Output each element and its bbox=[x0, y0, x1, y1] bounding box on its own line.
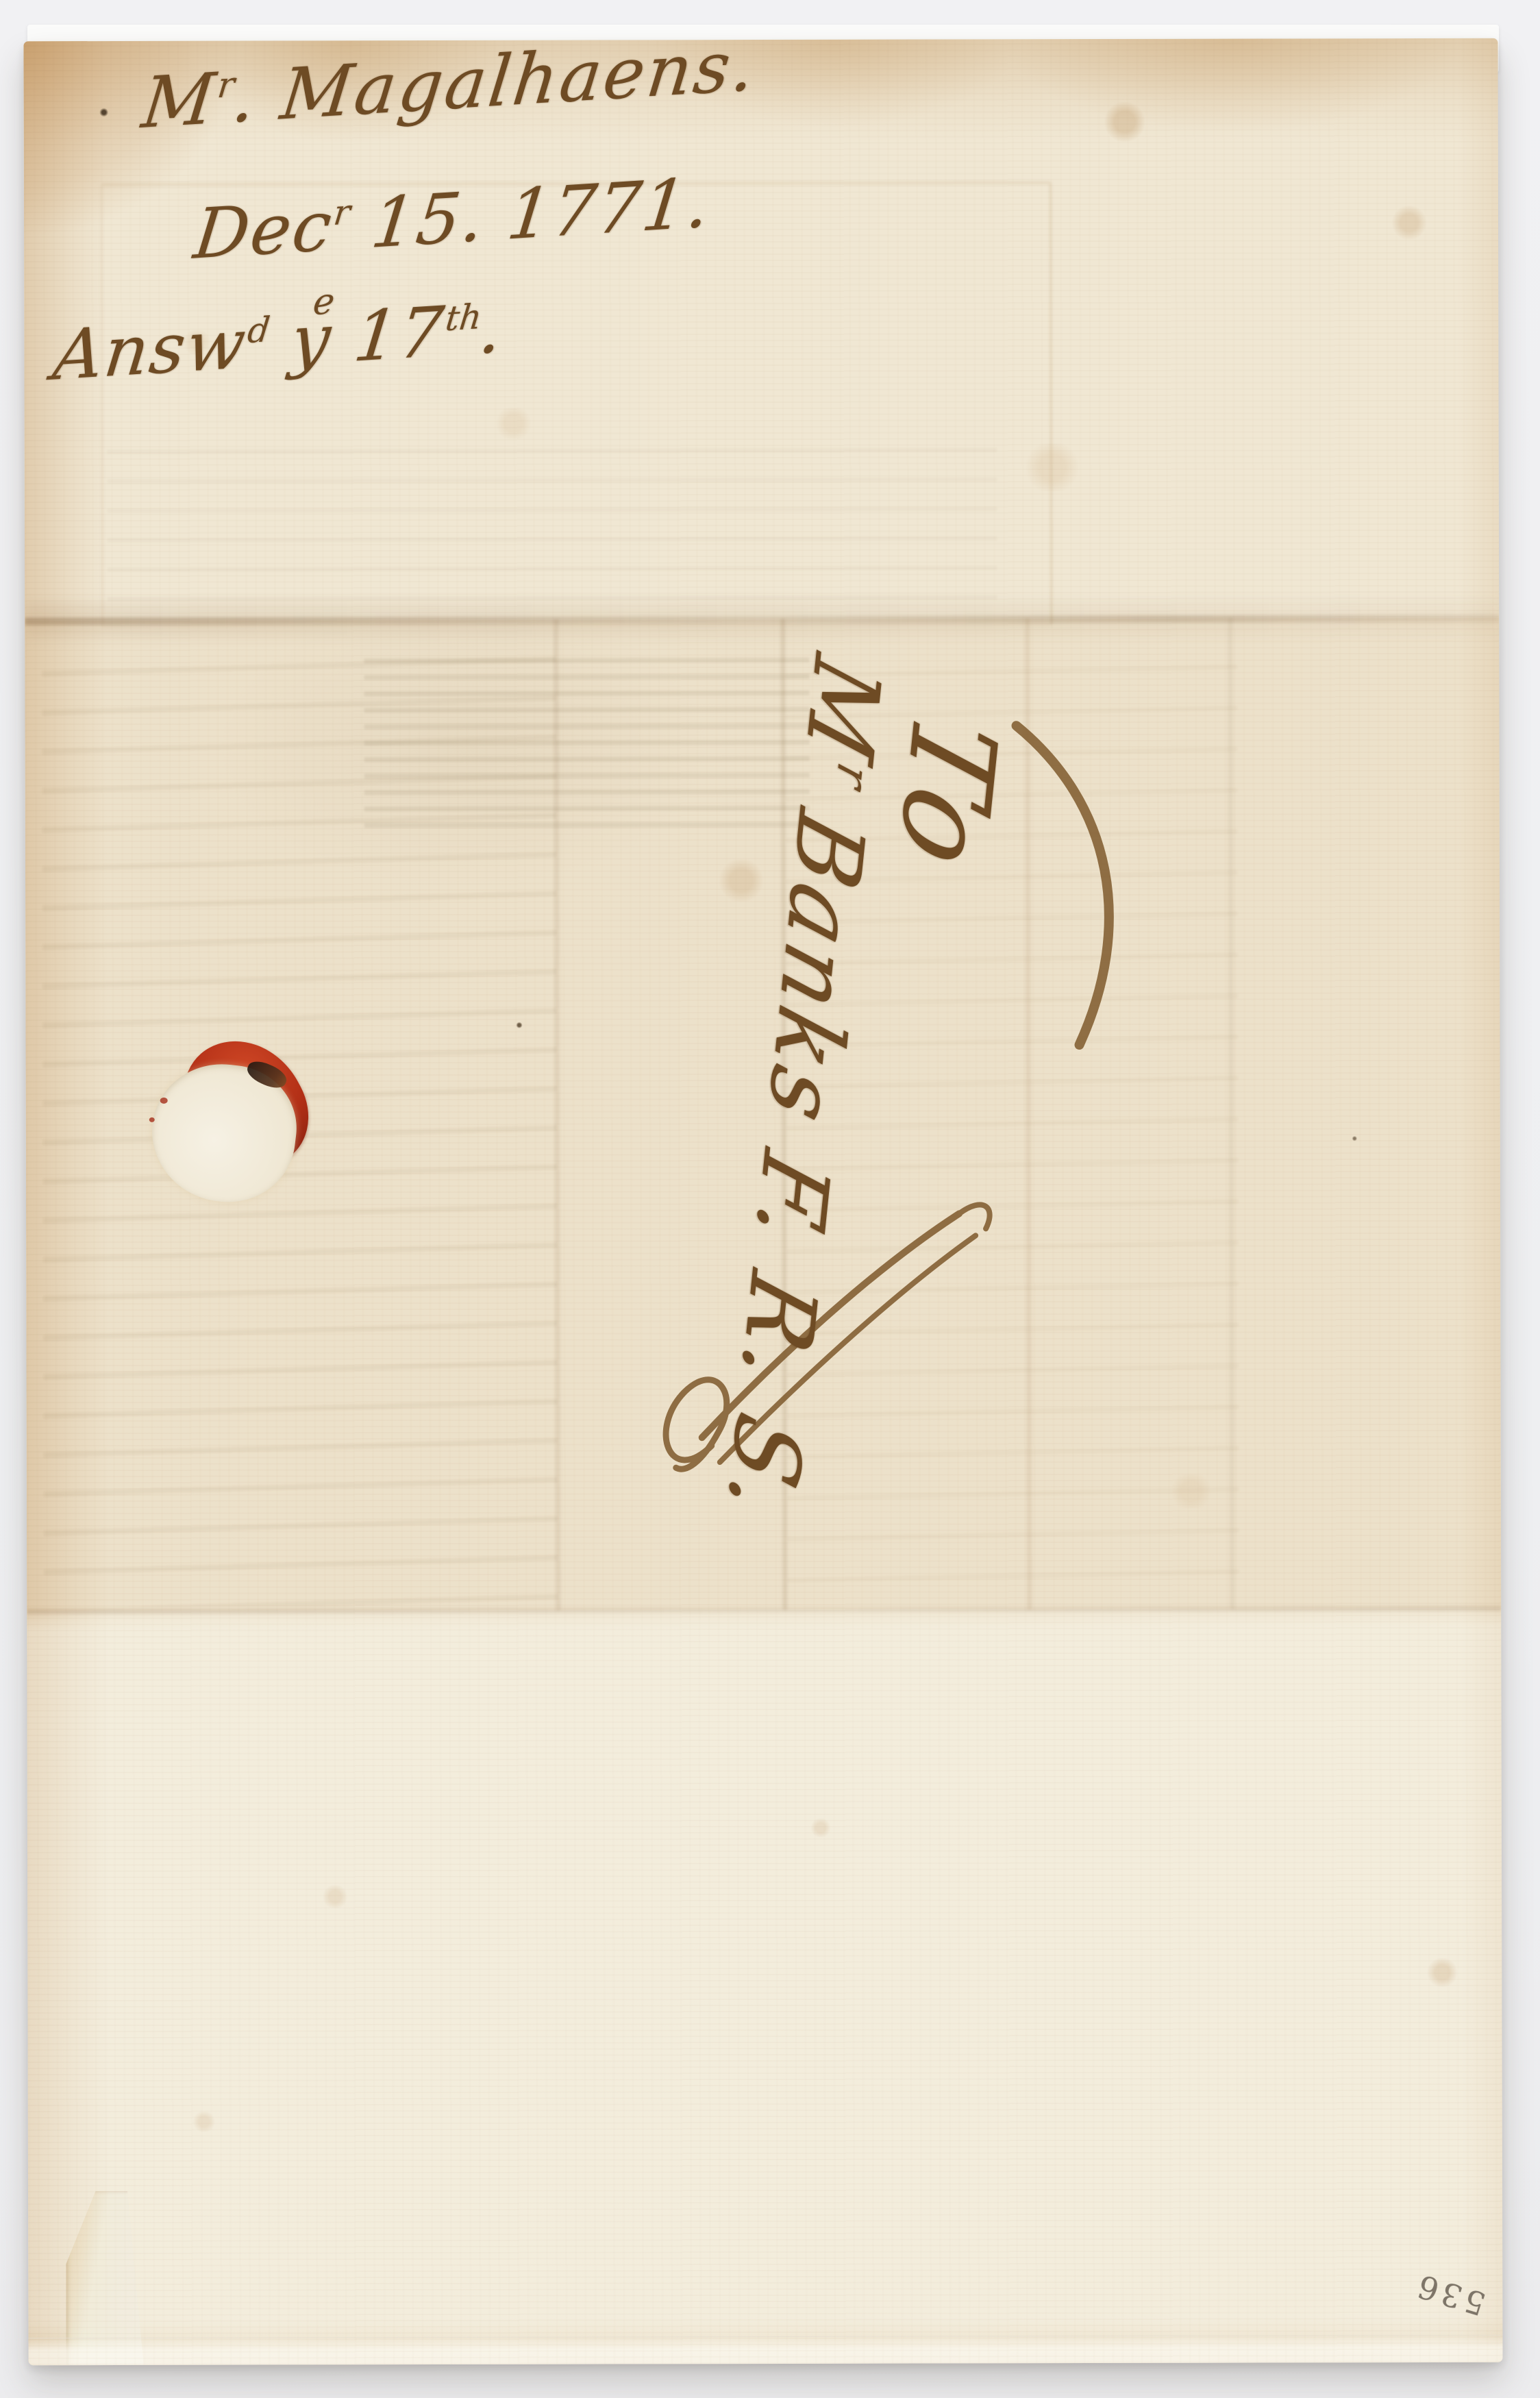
wax-speck bbox=[160, 1098, 168, 1104]
flourish-word-hook bbox=[959, 1204, 990, 1228]
address-to-swash-tail bbox=[1017, 726, 1110, 1045]
scan-stage: Mr. Magalhaens. Decr 15. 1771. Answd ye … bbox=[0, 0, 1540, 2398]
letter-paper: Mr. Magalhaens. Decr 15. 1771. Answd ye … bbox=[23, 38, 1502, 2365]
wax-speck bbox=[149, 1117, 155, 1122]
